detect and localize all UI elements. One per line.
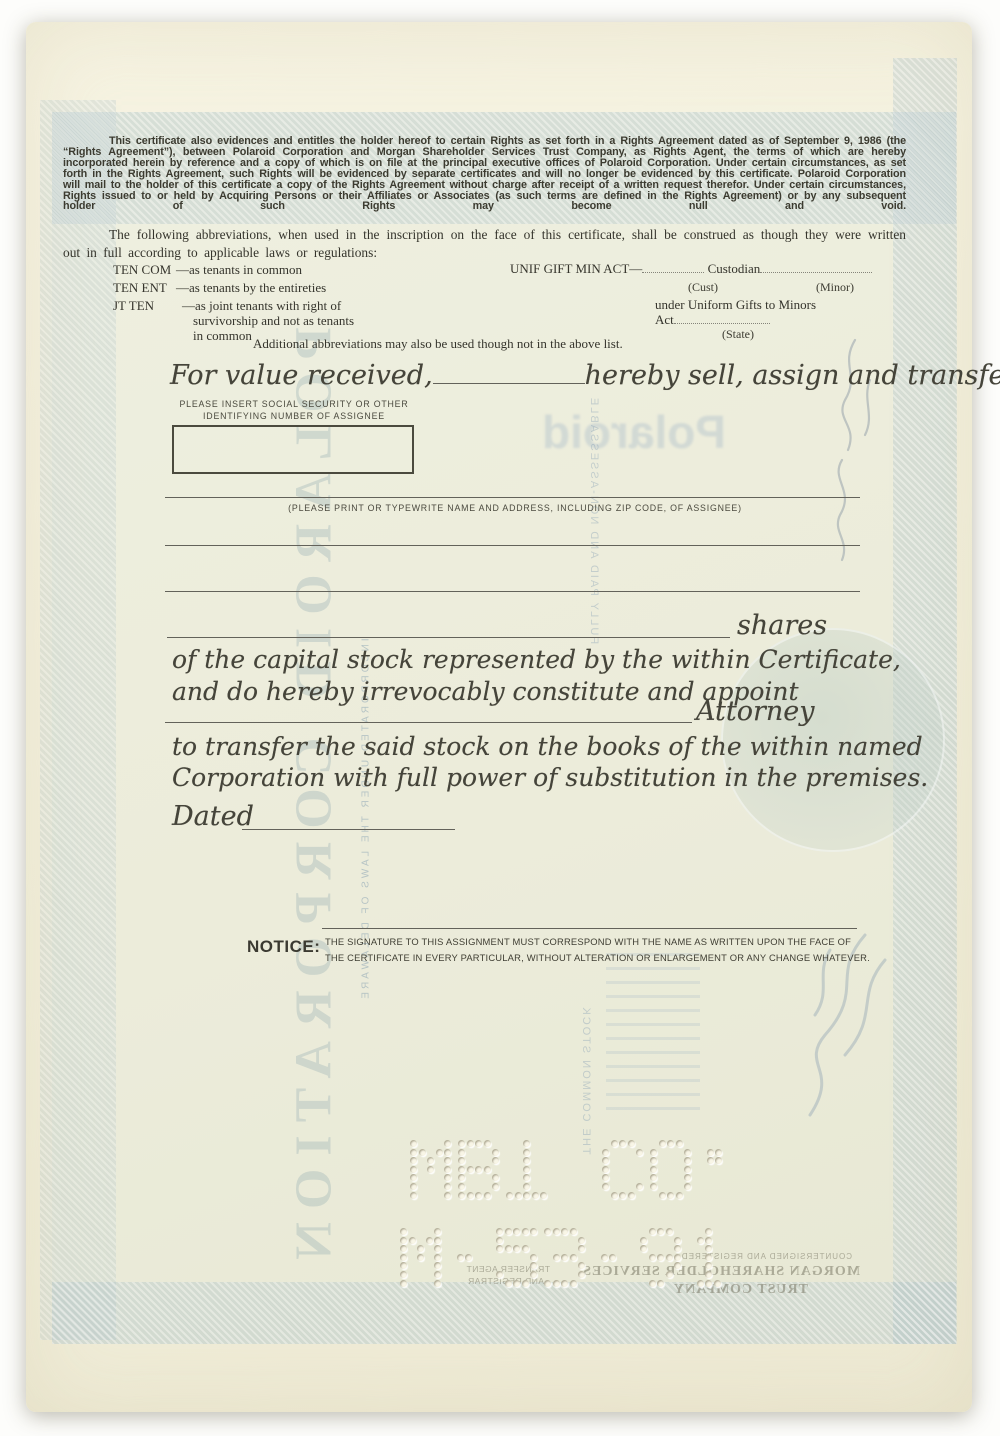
scanned-certificate-back: POLAROID CORPORATION INCORPORATED UNDER … (0, 0, 1000, 1436)
abbrev-def-jt-ten-2: survivorship and not as tenants (193, 313, 354, 329)
ssn-instruction-line1: PLEASE INSERT SOCIAL SECURITY OR OTHER (172, 399, 416, 409)
notice-text-line1: THE SIGNATURE TO THIS ASSIGNMENT MUST CO… (325, 936, 851, 947)
attorney-word: Attorney (696, 696, 815, 727)
abbrev-def-jt-ten-3: in common (193, 328, 252, 344)
fill-line-name (165, 497, 860, 498)
fill-line-shares (167, 637, 730, 638)
abbrev-unif-gift-label: UNIF GIFT MIN ACT— (510, 261, 642, 276)
notice-text-line2: THE CERTIFICATE IN EVERY PARTICULAR, WIT… (325, 952, 870, 963)
substitution-line: Corporation with full power of substitut… (172, 763, 928, 792)
fill-line-date (242, 829, 455, 830)
assignee-id-box (172, 425, 414, 474)
dotted-leader (642, 262, 704, 273)
abbrev-def-jt-ten: —as joint tenants with right of (182, 298, 341, 314)
printed-content: This certificate also evidences and enti… (0, 0, 1000, 1436)
abbrev-act-label: Act (655, 312, 674, 327)
shares-word: shares (737, 610, 827, 641)
for-value-received-text: For value received, (170, 360, 433, 391)
abbrev-term-ten-com: TEN COM (113, 262, 171, 278)
abbrev-state-caption: (State) (722, 327, 754, 342)
abbrev-def-ten-com: —as tenants in common (176, 262, 302, 278)
print-instruction: (PLEASE PRINT OR TYPEWRITE NAME AND ADDR… (170, 503, 860, 513)
abbrev-def-ten-ent: —as tenants by the entireties (176, 280, 326, 296)
fill-line-address-1 (165, 545, 860, 546)
abbrev-unif-gift-row: UNIF GIFT MIN ACT— Custodian (510, 261, 872, 277)
notice-label: NOTICE: (247, 937, 320, 957)
dated-word: Dated (172, 801, 254, 832)
abbreviations-intro: The following abbreviations, when used i… (63, 226, 906, 261)
abbrev-act-row: Act (655, 312, 770, 328)
abbrev-term-ten-ent: TEN ENT (113, 280, 167, 296)
rights-agreement-paragraph: This certificate also evidences and enti… (63, 136, 906, 212)
capital-stock-line: of the capital stock represented by the … (172, 645, 901, 674)
for-value-line: For value received, hereby sell, assign … (170, 360, 1000, 391)
abbrev-under-gifts: under Uniform Gifts to Minors (655, 297, 816, 313)
fill-line-attorney (165, 722, 692, 723)
ssn-instruction-line2: IDENTIFYING NUMBER OF ASSIGNEE (172, 411, 416, 421)
abbrev-custodian-label: Custodian (708, 261, 761, 276)
dotted-leader (760, 262, 872, 273)
fill-line-address-2 (165, 591, 860, 592)
signature-line (322, 928, 857, 929)
abbrev-term-jt-ten: JT TEN (113, 298, 154, 314)
abbrev-cust-caption: (Cust) (688, 280, 718, 295)
perforation-stamp-line1 (410, 1140, 741, 1200)
dotted-leader (674, 313, 770, 324)
abbrev-additional-note: Additional abbreviations may also be use… (253, 336, 623, 352)
abbrev-minor-caption: (Minor) (816, 280, 854, 295)
fill-line-assignor (433, 381, 585, 384)
perforation-stamp-line2 (400, 1228, 731, 1288)
transfer-books-line: to transfer the said stock on the books … (172, 732, 923, 761)
transfer-unto-text: hereby sell, assign and transfer unto (585, 360, 1000, 391)
